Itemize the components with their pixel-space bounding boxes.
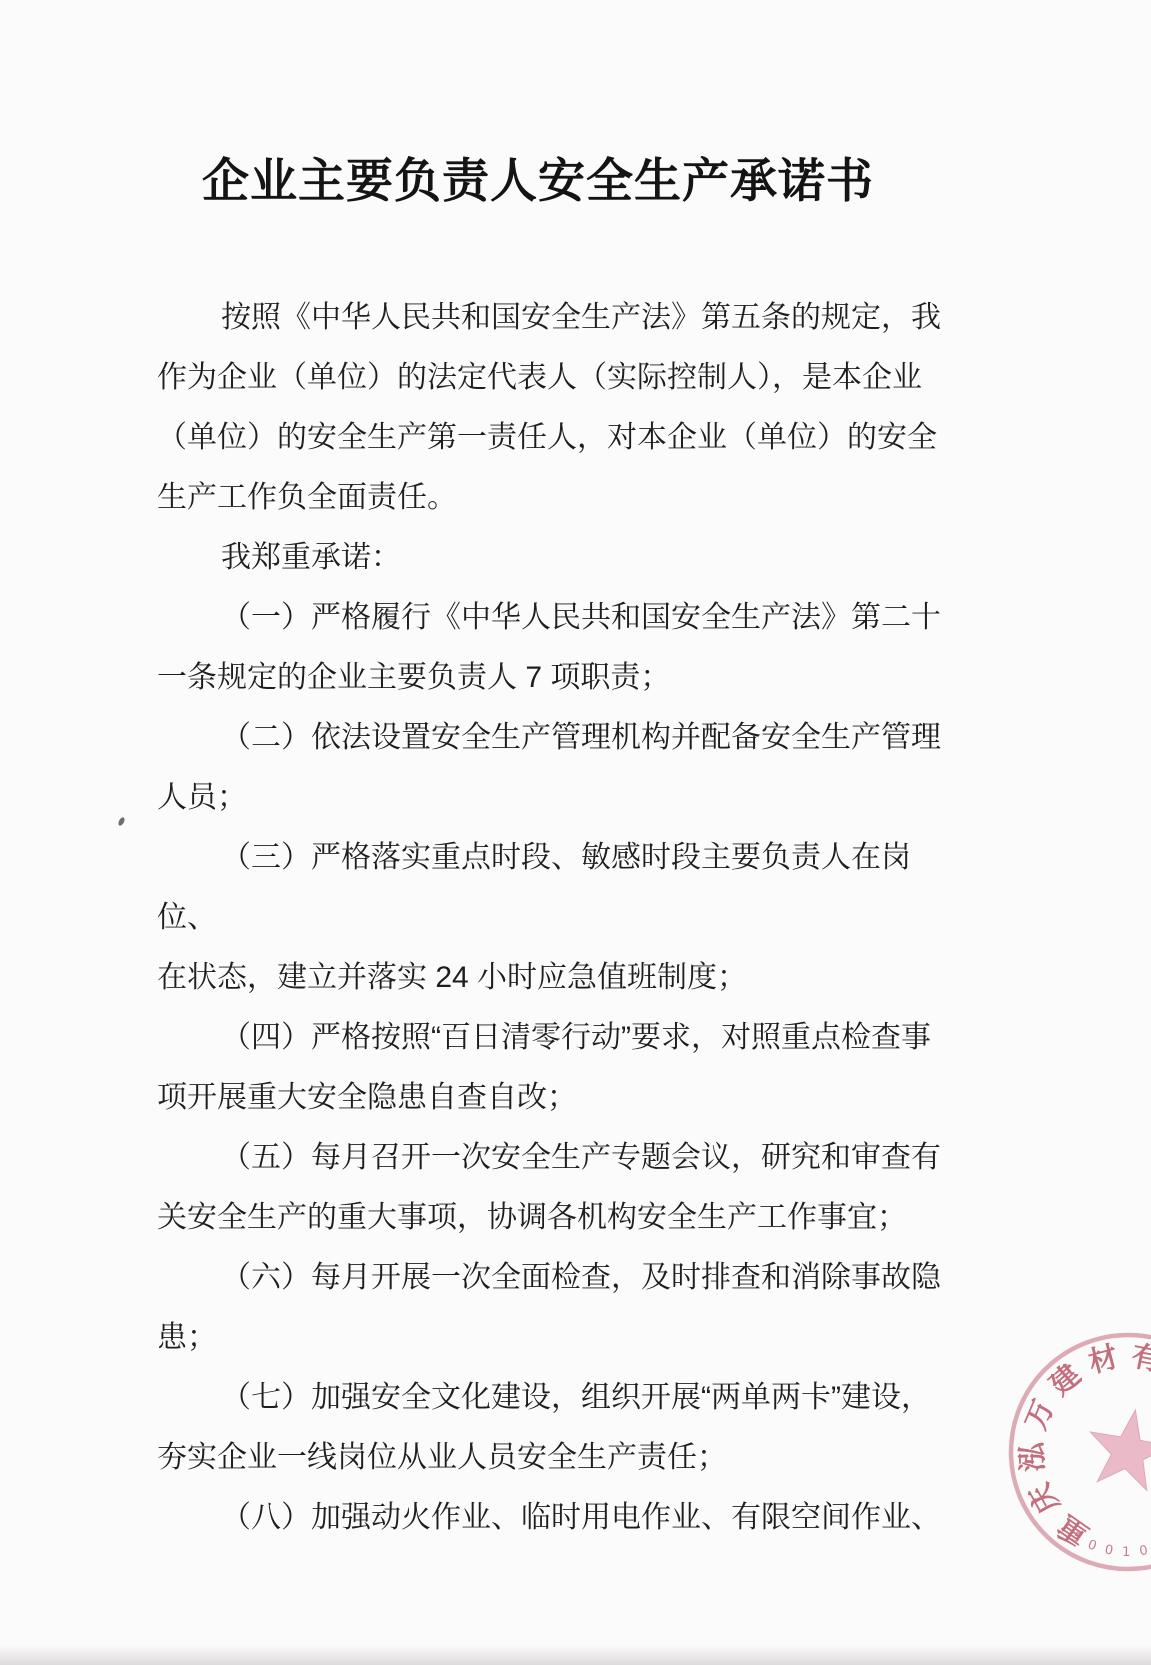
document-title: 企业主要负责人安全生产承诺书 [0, 144, 1076, 211]
seal-star [1089, 1408, 1151, 1492]
paragraph-item-6: （六）每月开展一次全面检查，及时排查和消除事故隐 患； [157, 1248, 949, 1368]
scanned-document-page: 企业主要负责人安全生产承诺书 按照《中华人民共和国安全生产法》第五条的规定，我 … [0, 0, 1151, 1665]
paragraph-item-3: （三）严格落实重点时段、敏感时段主要负责人在岗位、 在状态，建立并落实 24 小… [157, 828, 949, 1008]
seal-serial-digit: 1 [1122, 1545, 1131, 1560]
seal-arc-character: 有 [1129, 1339, 1151, 1377]
scan-edge-shadow [0, 1645, 1151, 1665]
paragraph-intro: 按照《中华人民共和国安全生产法》第五条的规定，我 作为企业（单位）的法定代表人（… [157, 288, 949, 528]
document-body: 按照《中华人民共和国安全生产法》第五条的规定，我 作为企业（单位）的法定代表人（… [157, 288, 949, 1548]
scan-speck [117, 816, 126, 826]
seal-arc-character: 材 [1085, 1340, 1122, 1379]
seal-arc-character: 泓 [1015, 1441, 1050, 1473]
company-seal-stamp: 重庆泓万建材有50010 [973, 1297, 1151, 1607]
paragraph-item-4: （四）严格按照“百日清零行动”要求，对照重点检查事 项开展重大安全隐患自查自改； [157, 1008, 949, 1128]
seal-serial-digit: 0 [1103, 1543, 1114, 1559]
paragraph-item-8: （八）加强动火作业、临时用电作业、有限空间作业、 [157, 1488, 949, 1548]
paragraph-item-2: （二）依法设置安全生产管理机构并配备安全生产管理 人员； [157, 708, 949, 828]
paragraph-item-5: （五）每月召开一次安全生产专题会议，研究和审查有 关安全生产的重大事项，协调各机… [157, 1128, 949, 1248]
seal-serial-digit: 0 [1138, 1543, 1149, 1559]
seal-arc-character: 万 [1020, 1395, 1061, 1434]
paragraph-item-1: （一）严格履行《中华人民共和国安全生产法》第二十 一条规定的企业主要负责人 7 … [157, 588, 949, 708]
scan-speck [616, 1447, 619, 1450]
paragraph-item-7: （七）加强安全文化建设，组织开展“两单两卡”建设， 夯实企业一线岗位从业人员安全… [157, 1368, 949, 1488]
seal-serial-digit: 0 [1085, 1537, 1098, 1554]
paragraph-pledge-lead: 我郑重承诺： [157, 528, 949, 588]
